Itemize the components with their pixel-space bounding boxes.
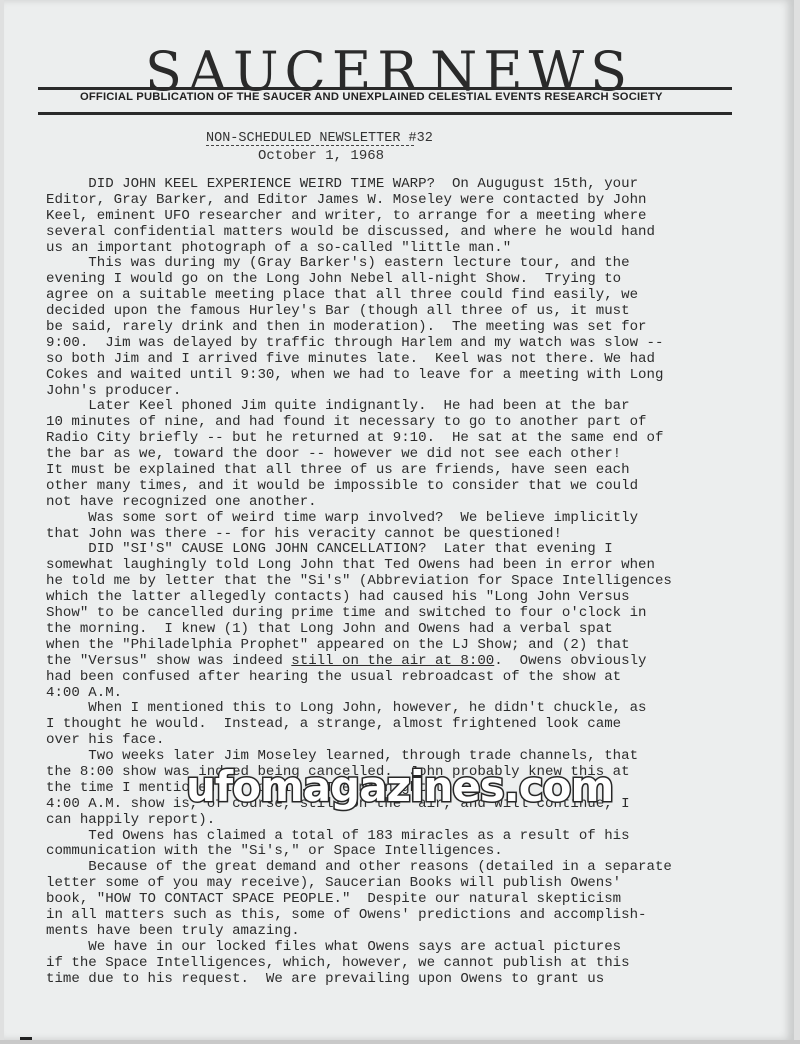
page-bottom-edge [0,1040,800,1044]
article-line: 10 minutes of nine, and had found it nec… [46,415,776,431]
article-line: had been confused after hearing the usua… [46,670,776,686]
article-line: ments have been truly amazing. [46,924,776,940]
article-line: letter some of you may receive), Sauceri… [46,876,776,892]
watermark: ufomagazines.com [186,766,613,808]
article-line: agree on a suitable meeting place that a… [46,288,776,304]
article-line: book, "HOW TO CONTACT SPACE PEOPLE." Des… [46,892,776,908]
article-line: he told me by letter that the "Si's" (Ab… [46,574,776,590]
article-line: the "Versus" show was indeed still on th… [46,654,776,670]
article-line: DID "SI'S" CAUSE LONG JOHN CANCELLATION?… [46,542,776,558]
article-line: 9:00. Jim was delayed by traffic through… [46,336,776,352]
article-line: us an important photograph of a so-calle… [46,241,776,257]
article-line: that John was there -- for his veracity … [46,527,776,543]
article-line: When I mentioned this to Long John, howe… [46,701,776,717]
masthead-rule-top [38,87,732,90]
article-line: so both Jim and I arrived five minutes l… [46,352,776,368]
article-line: Was some sort of weird time warp involve… [46,511,776,527]
article-body: DID JOHN KEEL EXPERIENCE WEIRD TIME WARP… [46,177,776,987]
article-line: other many times, and it would be imposs… [46,479,776,495]
article-line: in all matters such as this, some of Owe… [46,908,776,924]
article-line: the bar as we, toward the door -- howeve… [46,447,776,463]
article-line: time due to his request. We are prevaili… [46,972,776,988]
article-line: This was during my (Gray Barker's) easte… [46,256,776,272]
article-line: Show" to be cancelled during prime time … [46,606,776,622]
newsletter-title-underline [206,145,414,146]
article-line: over his face. [46,733,776,749]
newsletter-title: NON-SCHEDULED NEWSLETTER #32 [206,131,433,146]
article-line: Ted Owens has claimed a total of 183 mir… [46,829,776,845]
masthead-subtitle: OFFICIAL PUBLICATION OF THE SAUCER AND U… [80,91,720,103]
masthead-rule-bottom [38,112,732,115]
article-line: several confidential matters would be di… [46,225,776,241]
article-line: if the Space Intelligences, which, howev… [46,956,776,972]
article-line: We have in our locked files what Owens s… [46,940,776,956]
article-line: Cokes and waited until 9:30, when we had… [46,368,776,384]
article-line: DID JOHN KEEL EXPERIENCE WEIRD TIME WARP… [46,177,776,193]
article-line: I thought he would. Instead, a strange, … [46,717,776,733]
article-line: Later Keel phoned Jim quite indignantly.… [46,399,776,415]
article-line: Radio City briefly -- but he returned at… [46,431,776,447]
article-line: communication with the "Si's," or Space … [46,844,776,860]
article-line: decided upon the famous Hurley's Bar (th… [46,304,776,320]
article-line: Keel, eminent UFO researcher and writer,… [46,209,776,225]
article-line: It must be explained that all three of u… [46,463,776,479]
article-line: be said, rarely drink and then in modera… [46,320,776,336]
article-line: Editor, Gray Barker, and Editor James W.… [46,193,776,209]
article-line: somewhat laughingly told Long John that … [46,558,776,574]
article-line: when the "Philadelphia Prophet" appeared… [46,638,776,654]
article-line: evening I would go on the Long John Nebe… [46,272,776,288]
article-line: which the latter allegedly contacts) had… [46,590,776,606]
article-line: not have recognized one another. [46,495,776,511]
article-line: 4:00 A.M. [46,686,776,702]
newsletter-page: SAUCER NEWS OFFICIAL PUBLICATION OF THE … [4,0,794,1040]
newsletter-date: October 1, 1968 [258,148,384,164]
article-line: John's producer. [46,384,776,400]
article-line: Because of the great demand and other re… [46,860,776,876]
article-line: can happily report). [46,813,776,829]
article-line: the morning. I knew (1) that Long John a… [46,622,776,638]
